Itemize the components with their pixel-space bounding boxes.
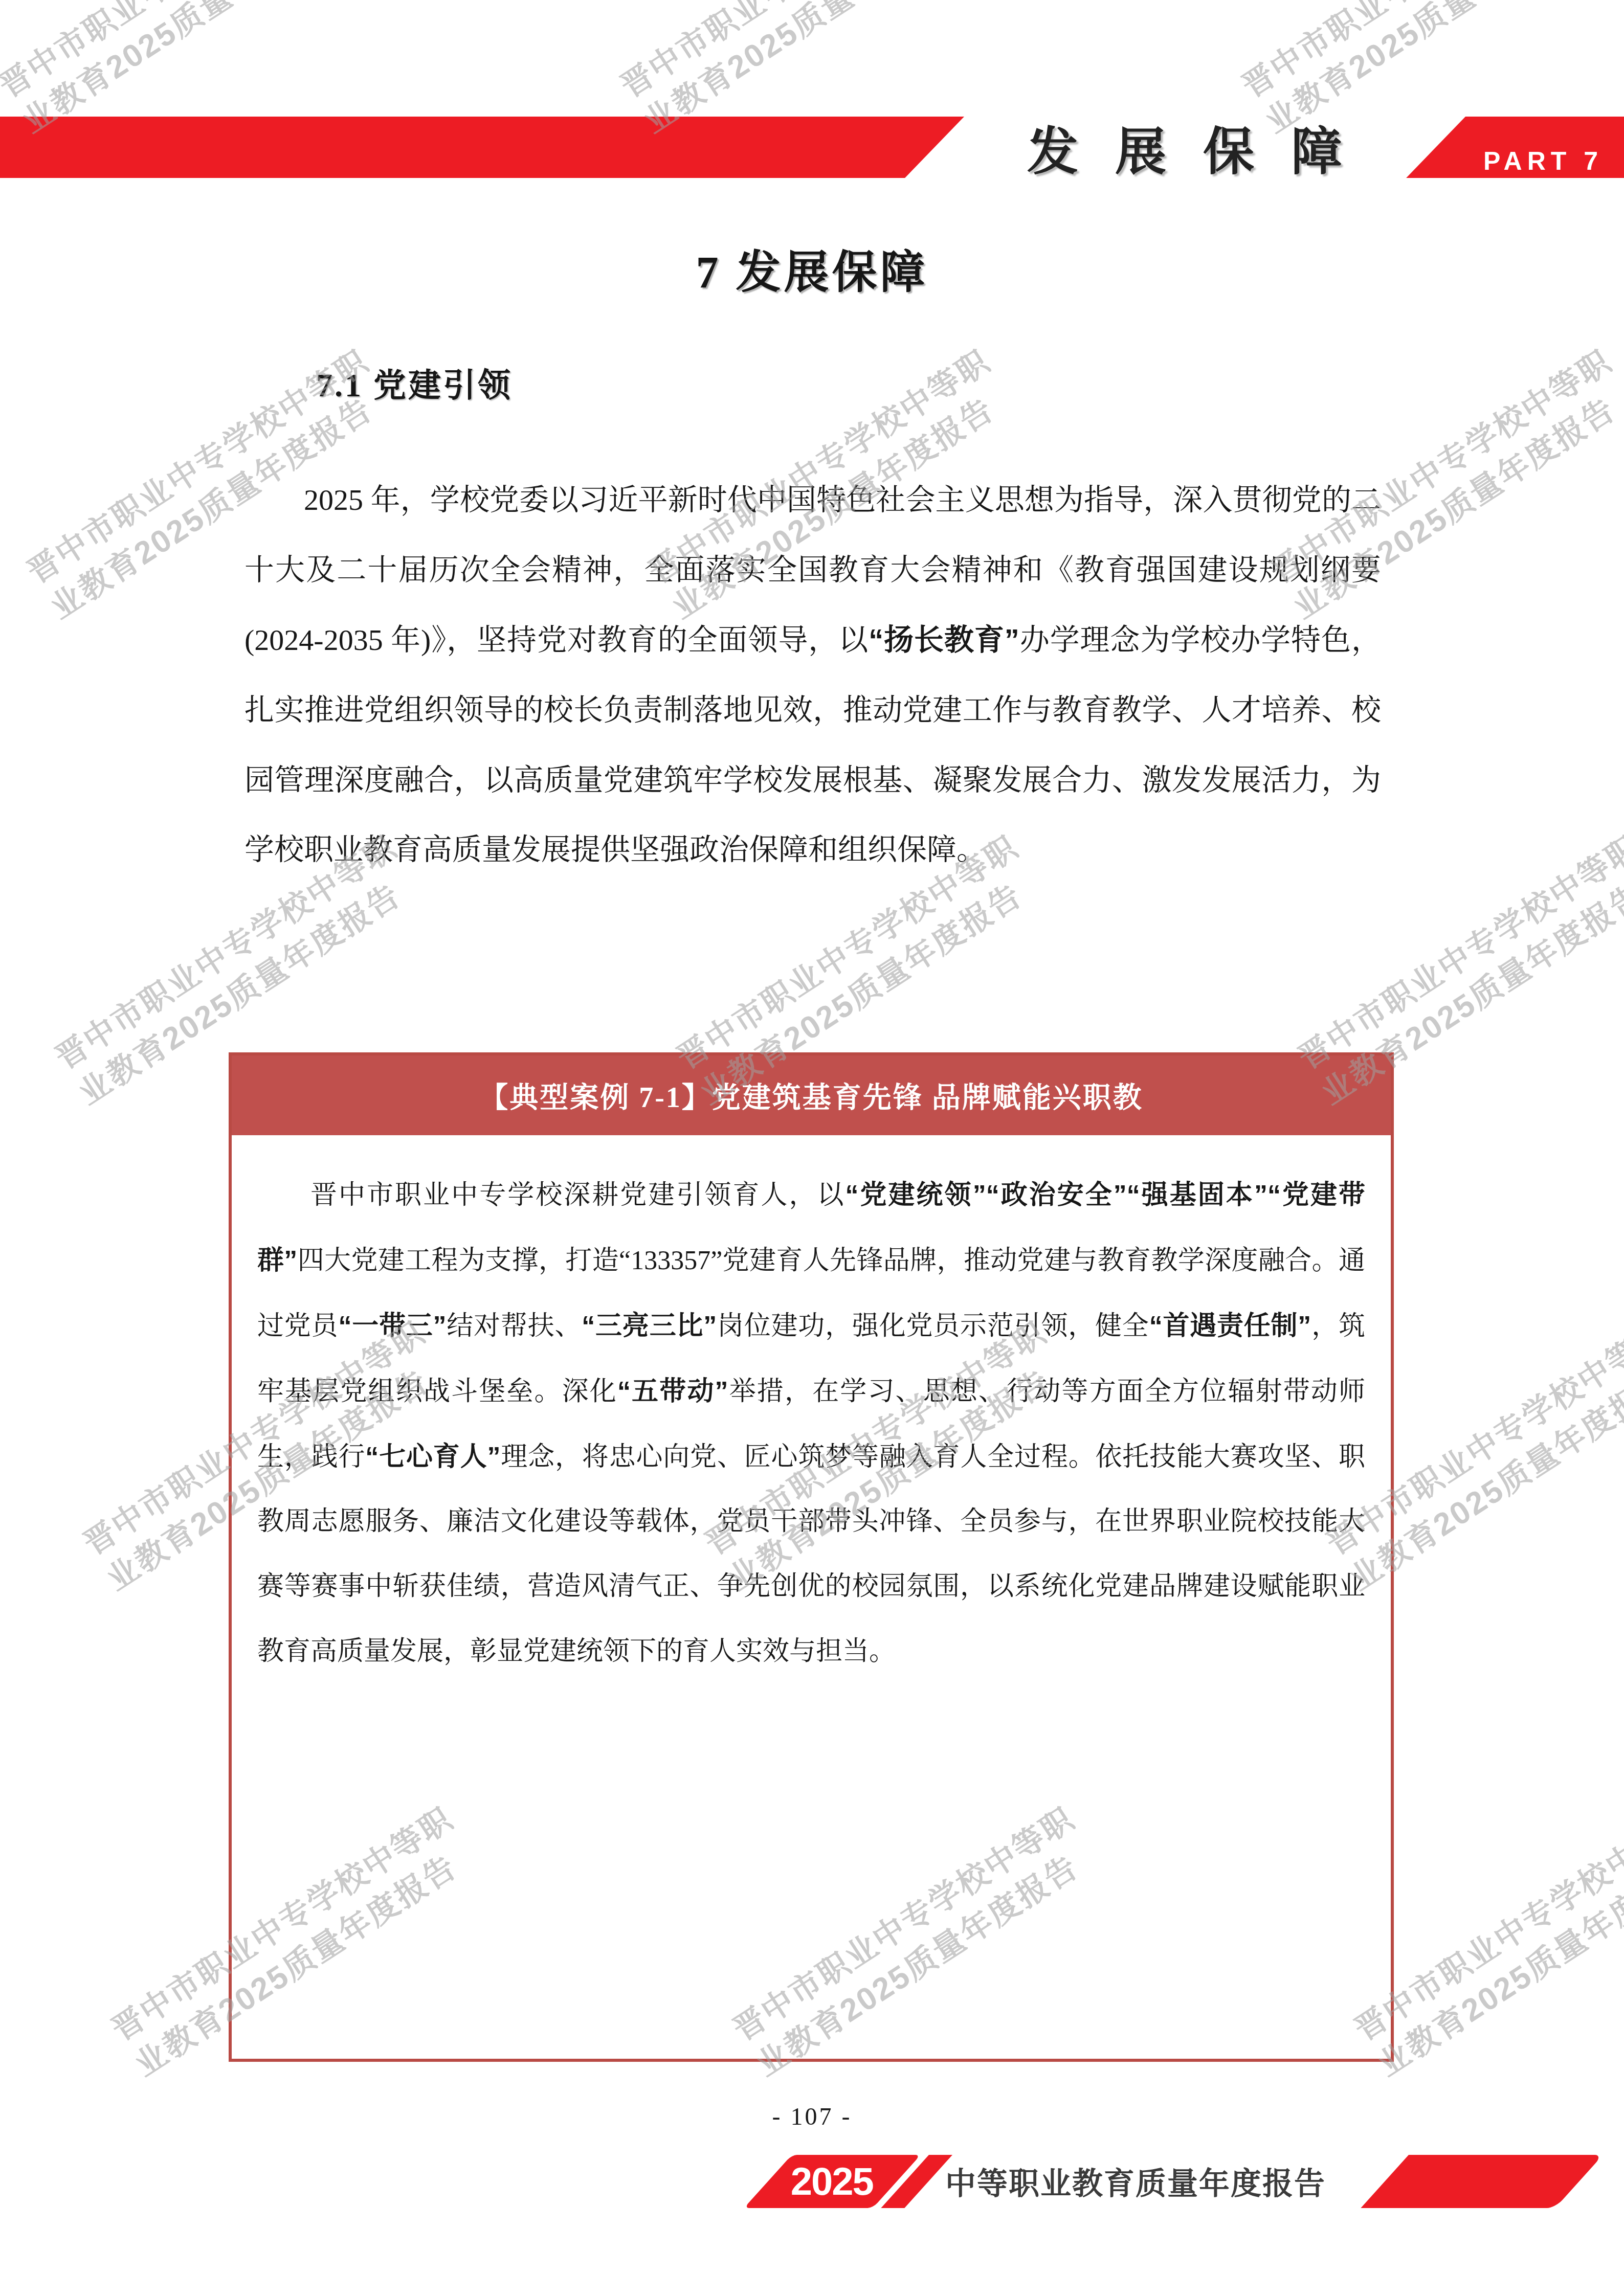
year-badge-label: 2025: [791, 2159, 874, 2204]
emphasized-term: “七心育人”: [365, 1442, 500, 1472]
page-number: - 107 -: [0, 2103, 1624, 2131]
part-label: PART 7: [1469, 146, 1617, 176]
text-run: 晋中市职业中专学校深耕党建引领育人，以: [310, 1181, 846, 1210]
section-title: 7.1 党建引领: [316, 359, 513, 406]
text-run: 办学理念为学校办学特色，扎实推进党组织领导的校长负责制落地见效，推动党建工作与教…: [244, 623, 1381, 867]
case-box: 【典型案例 7-1】党建筑基育先锋 品牌赋能兴职教 晋中市职业中专学校深耕党建引…: [229, 1052, 1394, 2062]
case-box-header: 【典型案例 7-1】党建筑基育先锋 品牌赋能兴职教: [232, 1055, 1391, 1135]
emphasized-term: “一带三”: [338, 1311, 446, 1341]
text-run: 结对帮扶、: [447, 1312, 582, 1341]
text-run: 理念，将忠心向党、匠心筑梦等融入育人全过程。依托技能大赛攻坚、职教周志愿服务、廉…: [257, 1443, 1365, 1667]
chapter-title: 7 发展保障: [0, 236, 1624, 301]
report-page: 发展保障 PART 7 7 发展保障 7.1 党建引领 2025 年，学校党委以…: [0, 0, 1624, 2296]
footer-red-bar: [1361, 2155, 1603, 2208]
emphasized-term: “三亮三比”: [582, 1311, 717, 1341]
emphasized-term: “扬长教育”: [869, 623, 1019, 657]
emphasized-term: “五带动”: [617, 1377, 728, 1406]
case-box-body: 晋中市职业中专学校深耕党建引领育人，以“党建统领”“政治安全”“强基固本”“党建…: [257, 1163, 1365, 1684]
case-box-header-label: 【典型案例 7-1】党建筑基育先锋 品牌赋能兴职教: [479, 1075, 1143, 1116]
body-paragraph: 2025 年，学校党委以习近平新时代中国特色社会主义思想为指导，深入贯彻党的二十…: [244, 465, 1381, 885]
header-banner-title: 发展保障: [1027, 117, 1379, 178]
footer-report-title: 中等职业教育质量年度报告: [945, 2155, 1326, 2208]
text-run: 岗位建功，强化党员示范引领，健全: [717, 1312, 1149, 1341]
header-red-band: [0, 117, 964, 178]
emphasized-term: “首遇责任制”: [1149, 1311, 1311, 1341]
